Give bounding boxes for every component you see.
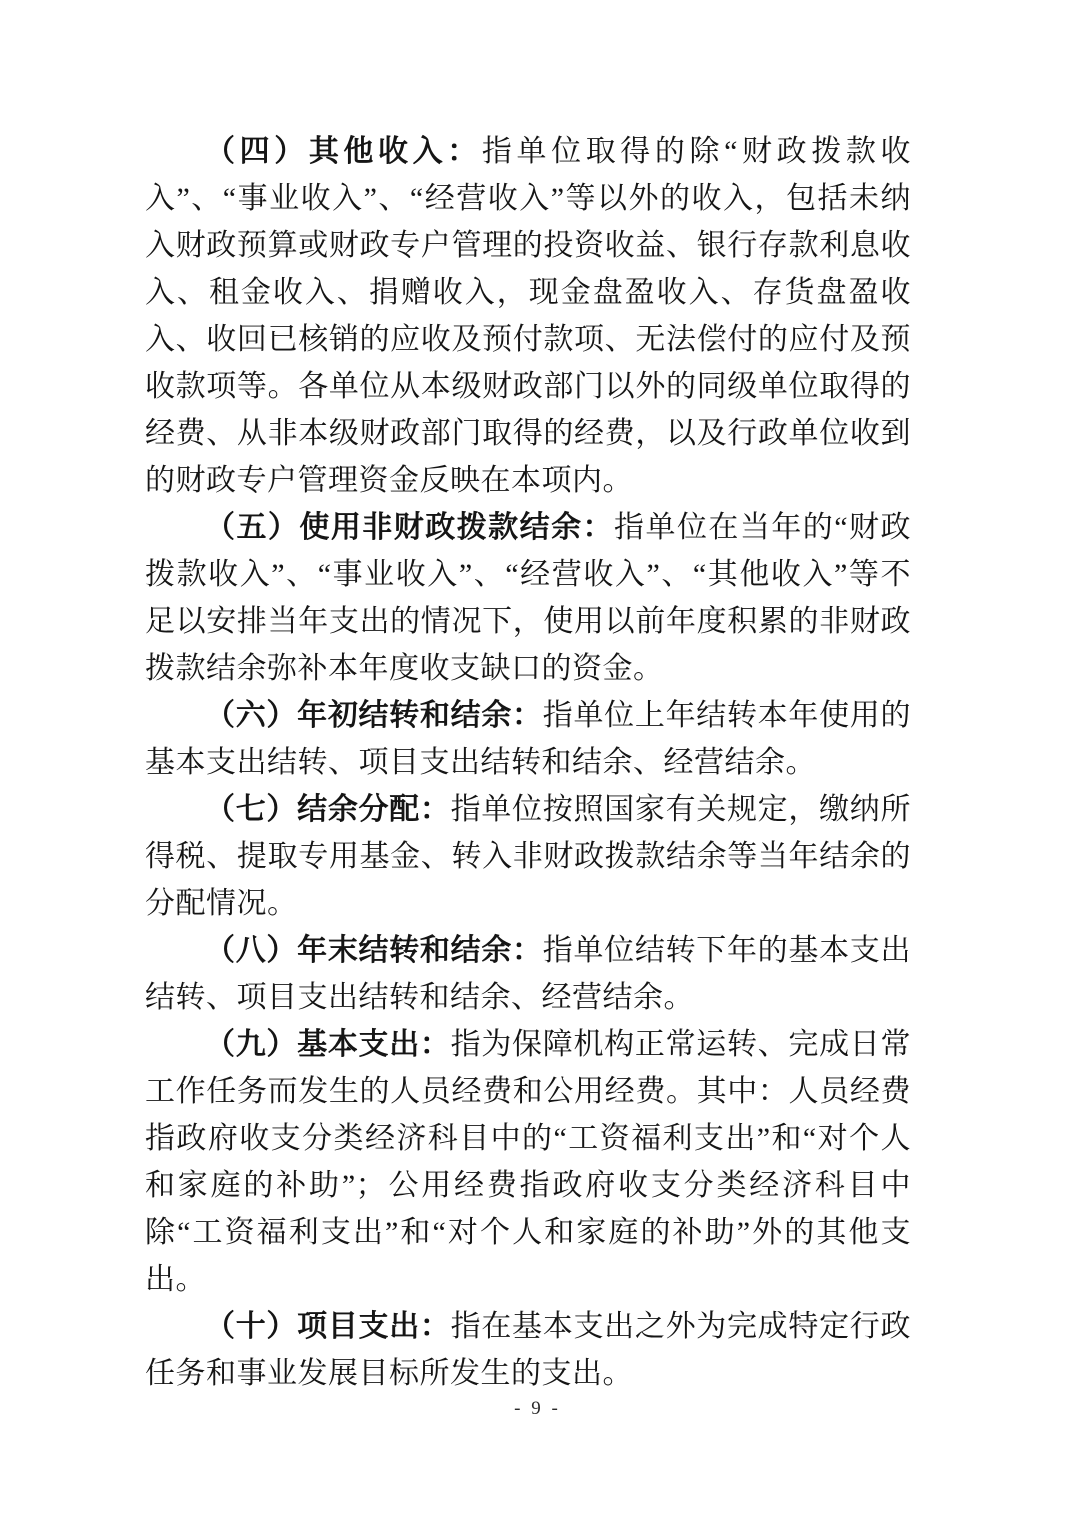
paragraph-lead: （六）年初结转和结余： bbox=[205, 699, 543, 732]
paragraph: （九）基本支出：指为保障机构正常运转、完成日常工作任务而发生的人员经费和公用经费… bbox=[145, 1021, 911, 1303]
document-body: （四）其他收入：指单位取得的除“财政拨款收入”、“事业收入”、“经营收入”等以外… bbox=[145, 128, 911, 1397]
paragraph-lead: （八）年末结转和结余： bbox=[205, 934, 543, 967]
document-page: （四）其他收入：指单位取得的除“财政拨款收入”、“事业收入”、“经营收入”等以外… bbox=[0, 0, 1075, 1520]
page-footer: - 9 - bbox=[0, 1398, 1075, 1420]
paragraph-lead: （十）项目支出： bbox=[205, 1310, 451, 1343]
paragraph-lead: （四）其他收入： bbox=[205, 135, 482, 168]
paragraph: （七）结余分配：指单位按照国家有关规定，缴纳所得税、提取专用基金、转入非财政拨款… bbox=[145, 786, 911, 927]
paragraph-lead: （七）结余分配： bbox=[205, 793, 451, 826]
paragraph: （十）项目支出：指在基本支出之外为完成特定行政任务和事业发展目标所发生的支出。 bbox=[145, 1303, 911, 1397]
paragraph-lead: （五）使用非财政拨款结余： bbox=[205, 511, 614, 544]
paragraph-body: 指为保障机构正常运转、完成日常工作任务而发生的人员经费和公用经费。其中：人员经费… bbox=[145, 1028, 911, 1296]
paragraph-body: 指单位取得的除“财政拨款收入”、“事业收入”、“经营收入”等以外的收入，包括未纳… bbox=[145, 135, 911, 497]
paragraph: （五）使用非财政拨款结余：指单位在当年的“财政拨款收入”、“事业收入”、“经营收… bbox=[145, 504, 911, 692]
paragraph-lead: （九）基本支出： bbox=[205, 1028, 451, 1061]
page-number: - 9 - bbox=[514, 1398, 561, 1419]
paragraph: （八）年末结转和结余：指单位结转下年的基本支出结转、项目支出结转和结余、经营结余… bbox=[145, 927, 911, 1021]
paragraph: （四）其他收入：指单位取得的除“财政拨款收入”、“事业收入”、“经营收入”等以外… bbox=[145, 128, 911, 504]
paragraph-list: （四）其他收入：指单位取得的除“财政拨款收入”、“事业收入”、“经营收入”等以外… bbox=[145, 128, 911, 1397]
paragraph: （六）年初结转和结余：指单位上年结转本年使用的基本支出结转、项目支出结转和结余、… bbox=[145, 692, 911, 786]
